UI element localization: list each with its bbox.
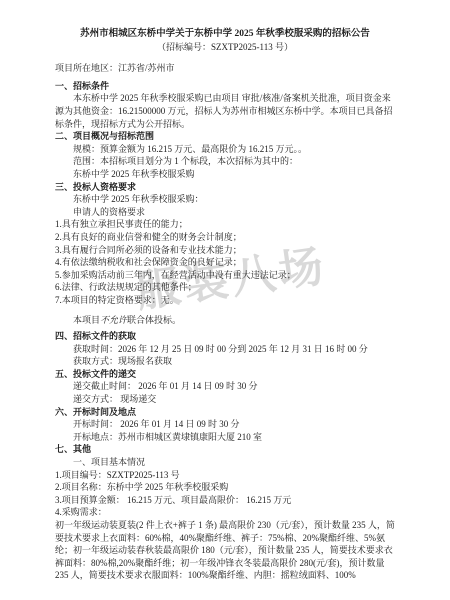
qualification-item: 2.具有良好的商业信誉和健全的财务会计制度； (55, 231, 395, 244)
section-bid-opening: 六、开标时间及地点 开标时间： 2026 年 01 月 14 日 09 时 30… (55, 406, 395, 444)
section-bid-conditions: 一、招标条件 本东桥中学 2025 年秋季校服采购已由项目 审批/核准/备案机关… (55, 80, 395, 130)
qualification-item: 3.具有履行合同所必须的设备和专业技术能力； (55, 244, 395, 257)
section-heading: 六、开标时间及地点 (55, 406, 395, 419)
section-heading: 三、投标人资格要求 (55, 181, 395, 194)
acquisition-method-line: 获取方式：现场报名获取 (55, 355, 395, 368)
project-basic-info-subheading: 一、项目基本情况 (55, 456, 395, 469)
project-info-item: 2.项目名称：东桥中学 2025 年秋季校服采购 (55, 481, 395, 494)
bid-conditions-paragraph: 本东桥中学 2025 年秋季校服采购已由项目 审批/核准/备案机关批准，项目资金… (55, 92, 395, 130)
qualification-intro-line: 申请人的资格要求 (55, 206, 395, 219)
submission-deadline-line: 递交截止时间： 2026 年 01 月 14 日 09 时 30 分 (55, 380, 395, 393)
scope-scale-line: 规模：预算金额为 16.215 万元、最高限价为 16.215 万元。。 (55, 143, 395, 156)
section-heading: 五、投标文件的递交 (55, 368, 395, 381)
scope-range-line: 范围：本招标项目划分为 1 个标段，本次招标为其中的： (55, 155, 395, 168)
consortium-note-post: 联合体投标。 (127, 315, 181, 325)
project-info-item: 4.采购需求： (55, 506, 395, 519)
procurement-requirements-paragraph: 初一年级运动装夏装(2 件上衣+裤子 1 条) 最高限价 230（元/套），预计… (55, 519, 395, 582)
section-document-acquisition: 四、招标文件的获取 获取时间：2026 年 12 月 25 日 09 时 00 … (55, 330, 395, 368)
document-title: 苏州市相城区东桥中学关于东桥中学 2025 年秋季校服采购的招标公告 (55, 28, 395, 41)
opening-time-line: 开标时间： 2026 年 01 月 14 日 09 时 30 分 (55, 418, 395, 431)
section-heading: 一、招标条件 (55, 80, 395, 93)
section-bid-submission: 五、投标文件的递交 递交截止时间： 2026 年 01 月 14 日 09 时 … (55, 368, 395, 406)
qualification-item: 7.本项目的特定资格要求：无。 (55, 294, 395, 307)
qualification-item: 5.参加采购活动前三年内，在经营活动中没有重大违法记录； (55, 269, 395, 282)
qualification-project-line: 东桥中学 2025 年秋季校服采购： (55, 193, 395, 206)
submission-method-line: 递交方式： 现场递交 (55, 393, 395, 406)
project-info-item: 1.项目编号：SZXTP2025-113 号 (55, 469, 395, 482)
section-other: 七、其他 一、项目基本情况 1.项目编号：SZXTP2025-113 号 2.项… (55, 443, 395, 582)
scope-project-name-line: 东桥中学 2025 年秋季校服采购 (55, 168, 395, 181)
section-heading: 四、招标文件的获取 (55, 330, 395, 343)
consortium-note: 本项目不允许联合体投标。 (55, 314, 395, 327)
opening-location-line: 开标地点：苏州市相城区黄埭镇康阳大厦 210 室 (55, 431, 395, 444)
section-bidder-qualifications: 三、投标人资格要求 东桥中学 2025 年秋季校服采购： 申请人的资格要求 1.… (55, 181, 395, 328)
project-info-item: 3.项目预算金额： 16.215 万元、项目最高限价： 16.215 万元 (55, 494, 395, 507)
acquisition-time-line: 获取时间：2026 年 12 月 25 日 09 时 00 分到 2025 年 … (55, 343, 395, 356)
section-heading: 七、其他 (55, 443, 395, 456)
consortium-note-emphasis: 不允许 (100, 315, 127, 325)
project-region: 项目所在地区：江苏省/苏州市 (55, 62, 395, 75)
document-content: 苏州市相城区东桥中学关于东桥中学 2025 年秋季校服采购的招标公告 （招标编号… (55, 28, 395, 582)
section-project-scope: 二、项目概况与招标范围 规模：预算金额为 16.215 万元、最高限价为 16.… (55, 130, 395, 180)
qualification-item: 1.具有独立承担民事责任的能力； (55, 218, 395, 231)
consortium-note-pre: 本项目 (73, 315, 100, 325)
qualification-item: 4.有依法缴纳税收和社会保障资金的良好记录； (55, 256, 395, 269)
document-page: 服装八场 苏州市相城区东桥中学关于东桥中学 2025 年秋季校服采购的招标公告 … (0, 0, 450, 600)
section-heading: 二、项目概况与招标范围 (55, 130, 395, 143)
tender-number: （招标编号：SZXTP2025-113 号） (55, 41, 395, 54)
qualification-item: 6.法律、行政法规规定的其他条件； (55, 281, 395, 294)
